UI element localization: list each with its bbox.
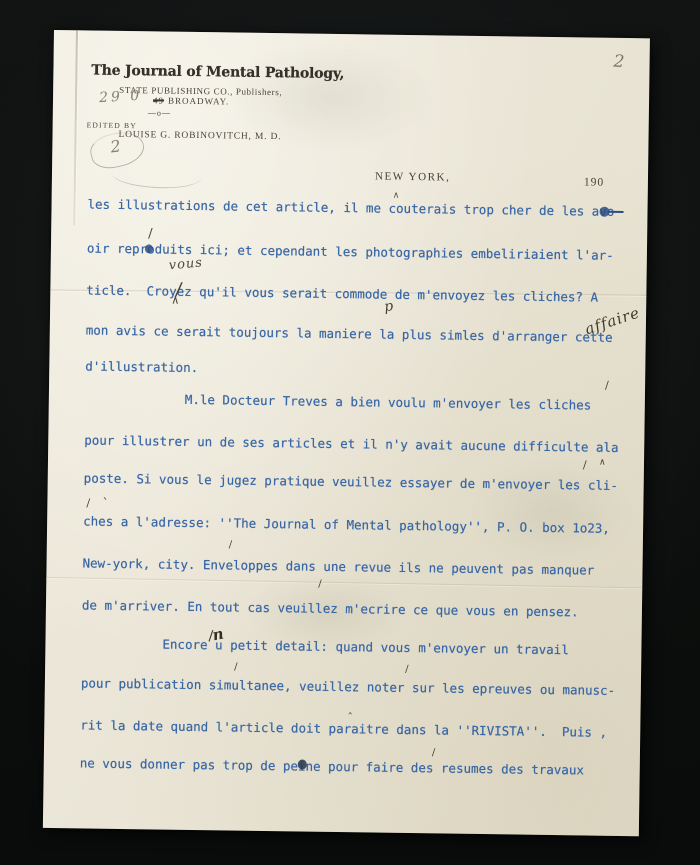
street-name: BROADWAY. [168, 96, 229, 107]
word-split-caret: ∧ [599, 458, 606, 468]
ink-blot [298, 759, 307, 769]
letter-page: The Journal of Mental Pathology, STATE P… [43, 30, 650, 836]
typed-line: ne vous donner pas trop de peine pour fa… [80, 755, 640, 780]
dateline-year: 190 [584, 176, 604, 188]
typed-line: Encore u petit detail: quand vous m'envo… [162, 637, 700, 662]
accent-mark: ∕ [229, 539, 233, 550]
accent-mark: ∕ [605, 379, 609, 392]
letterhead-edited-by: EDITED BY [87, 120, 137, 130]
insertion-caret: ∧ [171, 294, 179, 307]
proof-mark-slash: ∕ [148, 226, 153, 241]
bleed-through-ghost [467, 456, 639, 568]
ink-blot [145, 244, 153, 253]
handwritten-street-number: 29 0 [99, 88, 143, 106]
paper-crease [73, 30, 78, 225]
dateline-city: NEW YORK, [375, 170, 451, 183]
strikeover-dash [608, 211, 624, 213]
typed-line: pour publication simultanee, veuillez no… [81, 675, 641, 700]
typed-line: les illustrations de cet article, il me … [87, 196, 647, 221]
accent-mark: ∕ [86, 496, 90, 509]
typed-line: d'illustration. [85, 358, 645, 383]
accent-mark: ∕ [432, 747, 436, 758]
accent-mark: ` [102, 497, 109, 512]
accent-mark: ∕ [234, 662, 238, 673]
typed-line: poste. Si vous le jugez pratique veuille… [84, 470, 644, 495]
page-number-pencil: 2 [613, 52, 625, 73]
typed-line: New-york, city. Enveloppes dans une revu… [82, 555, 642, 580]
letterhead-address: 49BROADWAY. [153, 95, 229, 106]
letterhead-title: The Journal of Mental Pathology, [91, 63, 344, 83]
accent-mark: ∕ [318, 579, 322, 590]
proof-mark-caret: ∧ [393, 191, 400, 201]
letterhead-editor: LOUISE G. ROBINOVITCH, M. D. [118, 130, 281, 142]
scan-background: The Journal of Mental Pathology, STATE P… [0, 0, 700, 865]
typed-line: mon avis ce serait toujours la maniere l… [86, 322, 646, 347]
struck-street-number: 49 [153, 95, 164, 105]
circumflex-mark: ˆ [347, 711, 353, 724]
typed-line: rit la date quand l'article doit paraitr… [80, 717, 640, 742]
pencil-scribble-tail [111, 156, 204, 193]
letterhead-ornament: —o— [148, 108, 171, 117]
accent-mark: ∕ [405, 664, 409, 675]
typed-line: M.le Docteur Treves a bien voulu m'envoy… [185, 392, 700, 417]
handwritten-p-correction: p [383, 298, 394, 315]
strikeover-slash: ∕ [208, 628, 213, 644]
typed-line: ches a l'adresse: ''The Journal of Menta… [83, 513, 643, 538]
typed-line: de m'arriver. En tout cas veuillez m'ecr… [82, 597, 642, 622]
handwritten-vous: vous [168, 255, 203, 273]
accent-mark: ∕ [583, 458, 587, 471]
typed-line: pour illustrer un de ses articles et il … [84, 432, 644, 457]
